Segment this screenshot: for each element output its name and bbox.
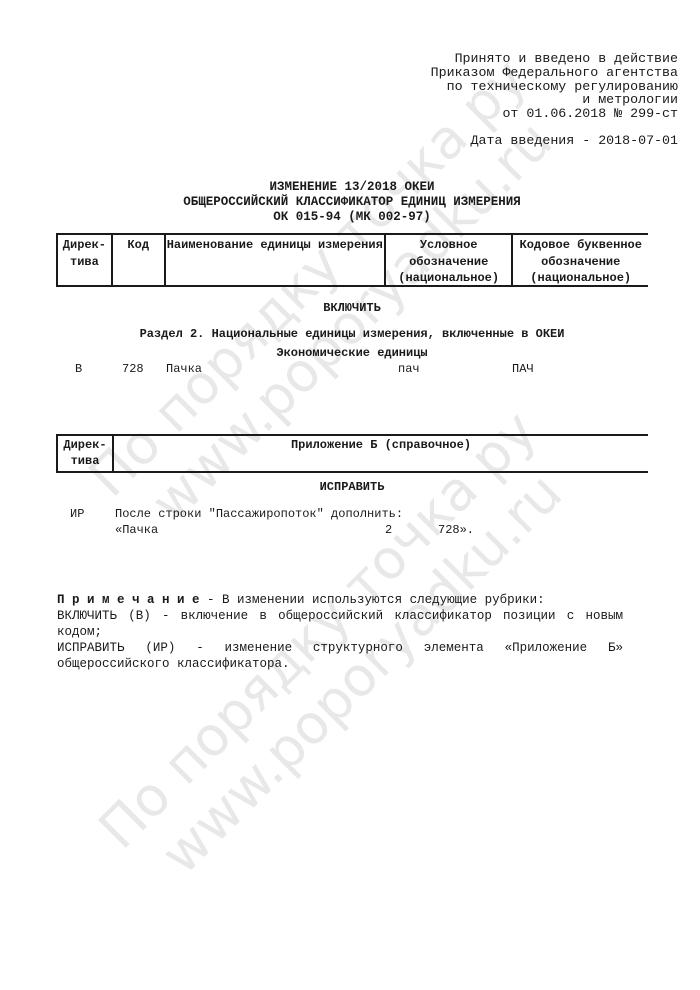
document-content: Принято и введено в действие Приказом Фе… [0, 0, 700, 990]
adoption-block: Принято и введено в действие Приказом Фе… [431, 52, 678, 148]
unit-row-code: 728 [122, 362, 144, 376]
note-intro-line: П р и м е ч а н и е - В изменении исполь… [57, 592, 623, 608]
correct-instruction: После строки "Пассажиропоток" дополнить: [115, 507, 403, 521]
units-table-header: Дирек- тива Код Наименование единицы изм… [56, 233, 648, 287]
correct-row-name: «Пачка [115, 523, 158, 537]
effective-date: Дата введения - 2018-07-01 [431, 134, 678, 148]
column-code: Код [111, 235, 164, 285]
title-line-1: ИЗМЕНЕНИЕ 13/2018 ОКЕИ [56, 180, 648, 195]
note-intro-text: - В изменении используются следующие руб… [200, 593, 545, 607]
adoption-line: и метрологии [431, 93, 678, 107]
correct-action-heading: ИСПРАВИТЬ [56, 480, 648, 494]
adoption-line: от 01.06.2018 № 299-ст [431, 107, 678, 121]
unit-row-letter-code: ПАЧ [512, 362, 534, 376]
column-symbol: Условное обозначение (национальное) [384, 235, 512, 285]
appendix-table-header: Дирек- тива Приложение Б (справочное) [56, 434, 648, 473]
adoption-line: Приказом Федерального агентства [431, 66, 678, 80]
column-directive: Дирек- тива [58, 436, 112, 471]
section-2-title: Раздел 2. Национальные единицы измерения… [56, 327, 648, 341]
document-page: По порядку точка руwww.poporyadku.ru По … [0, 0, 700, 990]
column-unit-name: Наименование единицы измерения [164, 235, 384, 285]
note-correct-rule: ИСПРАВИТЬ (ИР) - изменение структурного … [57, 640, 623, 672]
appendix-title: Приложение Б (справочное) [112, 436, 648, 471]
note-label: П р и м е ч а н и е [57, 593, 200, 607]
title-line-3: ОК 015-94 (МК 002-97) [56, 210, 648, 225]
note-include-rule: ВКЛЮЧИТЬ (В) - включение в общероссийски… [57, 608, 623, 640]
unit-row-directive: В [75, 362, 82, 376]
column-letter-code: Кодовое буквенное обозначение (националь… [511, 235, 648, 285]
include-action-heading: ВКЛЮЧИТЬ [56, 301, 648, 315]
subsection-title: Экономические единицы [56, 346, 648, 360]
correct-directive: ИР [70, 507, 84, 521]
column-directive: Дирек- тива [58, 235, 111, 285]
title-line-2: ОБЩЕРОССИЙСКИЙ КЛАССИФИКАТОР ЕДИНИЦ ИЗМЕ… [56, 195, 648, 210]
note-block: П р и м е ч а н и е - В изменении исполь… [57, 592, 623, 672]
correct-row-code: 728». [438, 523, 474, 537]
adoption-line: Принято и введено в действие [431, 52, 678, 66]
document-title: ИЗМЕНЕНИЕ 13/2018 ОКЕИ ОБЩЕРОССИЙСКИЙ КЛ… [56, 180, 648, 225]
correct-row-number: 2 [385, 523, 392, 537]
unit-row-name: Пачка [166, 362, 202, 376]
unit-row-symbol: пач [398, 362, 420, 376]
adoption-line: по техническому регулированию [431, 80, 678, 94]
